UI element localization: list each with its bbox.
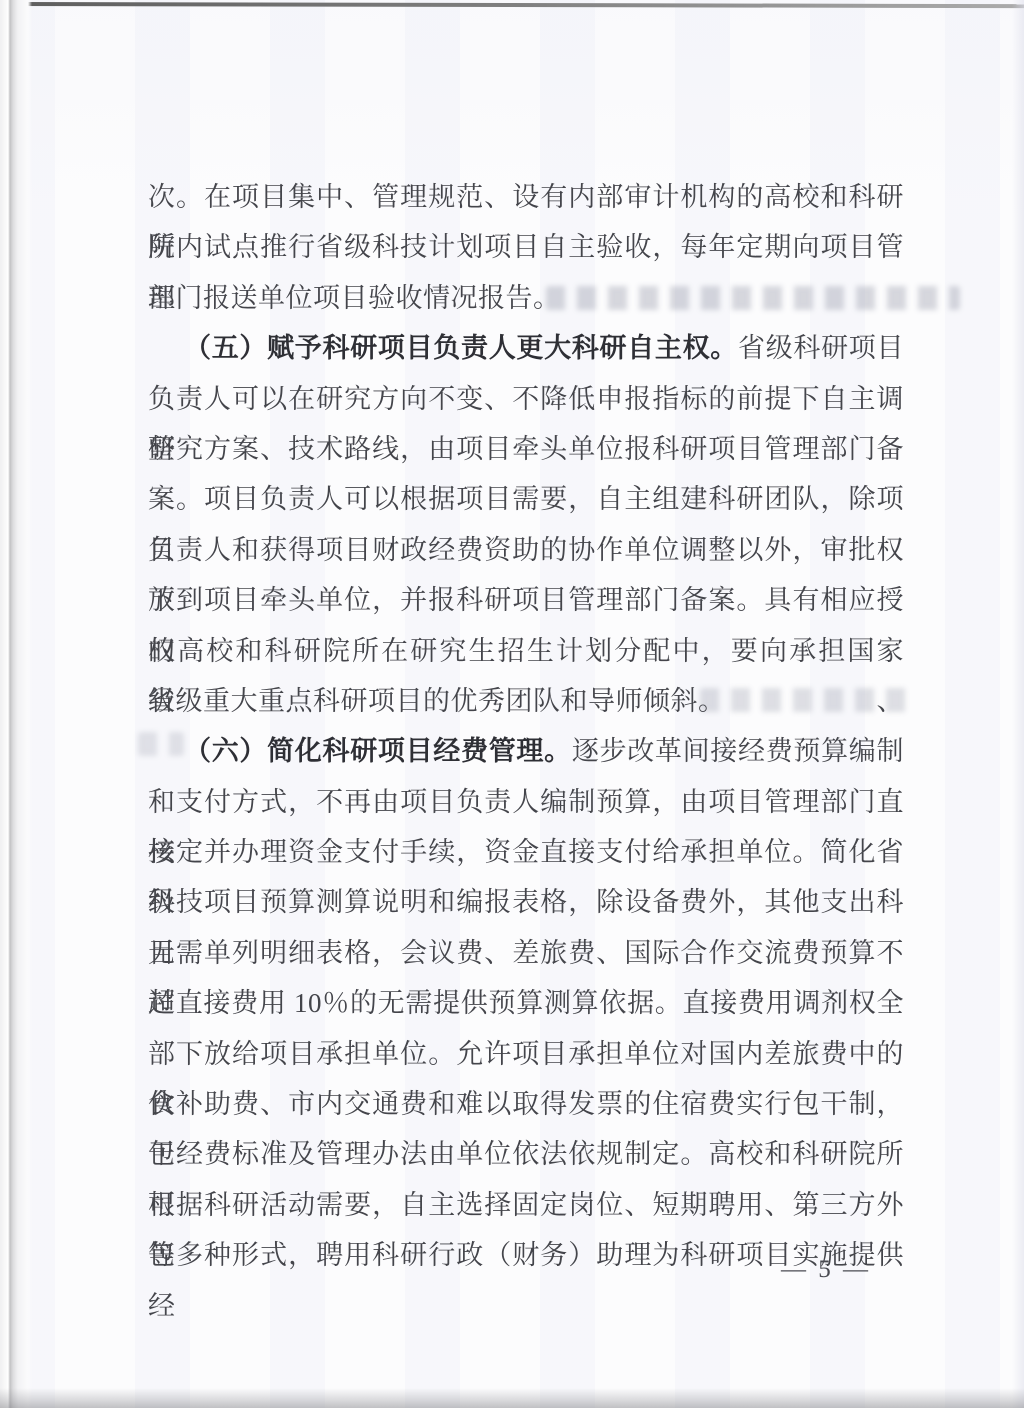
text-segment: 研究方案、技术路线，由项目牵头单位报科研项目管理部门备: [148, 434, 904, 464]
document-line: （五）赋予科研项目负责人更大科研自主权。省级科研项目: [148, 323, 904, 373]
text-segment: 部门报送单位项目验收情况报告。: [148, 283, 561, 313]
document-line: 案。项目负责人可以根据项目需要，自主组建科研团队，除项目: [148, 474, 904, 524]
document-line: 研究方案、技术路线，由项目牵头单位报科研项目管理部门备: [148, 424, 904, 474]
document-line: 次。在项目集中、管理规范、设有内部审计机构的高校和科研院: [148, 172, 904, 222]
scan-edge-bottom: [0, 1388, 1024, 1408]
document-line: 部下放给项目承担单位。允许项目承担单位对国内差旅费中的伙: [148, 1029, 904, 1079]
document-line: 食补助费、市内交通费和难以取得发票的住宿费实行包干制，包: [148, 1079, 904, 1129]
text-segment: 逐步改革间接经费预算编制: [572, 736, 904, 766]
text-segment: 省级科研项目: [738, 333, 904, 363]
document-line: 科技项目预算测算说明和编报表格，除设备费外，其他支出科目: [148, 877, 904, 927]
document-line: 所内试点推行省级科技计划项目自主验收，每年定期向项目管理: [148, 222, 904, 272]
document-line: 负责人可以在研究方向不变、不降低申报指标的前提下自主调整: [148, 374, 904, 424]
scan-edge-right: [1012, 0, 1024, 1408]
document-line: 的高校和科研院所在研究生招生计划分配中，要向承担国家级、: [148, 626, 904, 676]
text-segment: 省级重大重点科研项目的优秀团队和导师倾斜。: [148, 686, 726, 716]
section-heading: （五）赋予科研项目负责人更大科研自主权。: [184, 333, 738, 363]
document-line: 过直接费用 10％的无需提供预算测算依据。直接费用调剂权全: [148, 978, 904, 1028]
section-heading: （六）简化科研项目经费管理。: [184, 736, 572, 766]
document-line: 和支付方式，不再由项目负责人编制预算，由项目管理部门直接: [148, 777, 904, 827]
page-number: — 5 —: [756, 1256, 896, 1284]
document-text: 次。在项目集中、管理规范、设有内部审计机构的高校和科研院所内试点推行省级科技计划…: [148, 172, 904, 1281]
document-line: 干经费标准及管理办法由单位依法依规制定。高校和科研院所可: [148, 1129, 904, 1179]
document-line: 核定并办理资金支付手续，资金直接支付给承担单位。简化省级: [148, 827, 904, 877]
document-line: 无需单列明细表格，会议费、差旅费、国际合作交流费预算不超: [148, 928, 904, 978]
text-segment: 过直接费用 10％的无需提供预算测算依据。直接费用调剂权全: [148, 988, 904, 1018]
document-line: 负责人和获得项目财政经费资助的协作单位调整以外，审批权下: [148, 525, 904, 575]
document-line: 放到项目牵头单位，并报科研项目管理部门备案。具有相应授权: [148, 575, 904, 625]
document-line: 根据科研活动需要，自主选择固定岗位、短期聘用、第三方外包: [148, 1180, 904, 1230]
scan-edge-top: [16, 2, 1024, 8]
document-line: （六）简化科研项目经费管理。逐步改革间接经费预算编制: [148, 726, 904, 776]
document-line: 部门报送单位项目验收情况报告。: [148, 273, 904, 323]
scan-edge-left: [0, 0, 32, 1408]
